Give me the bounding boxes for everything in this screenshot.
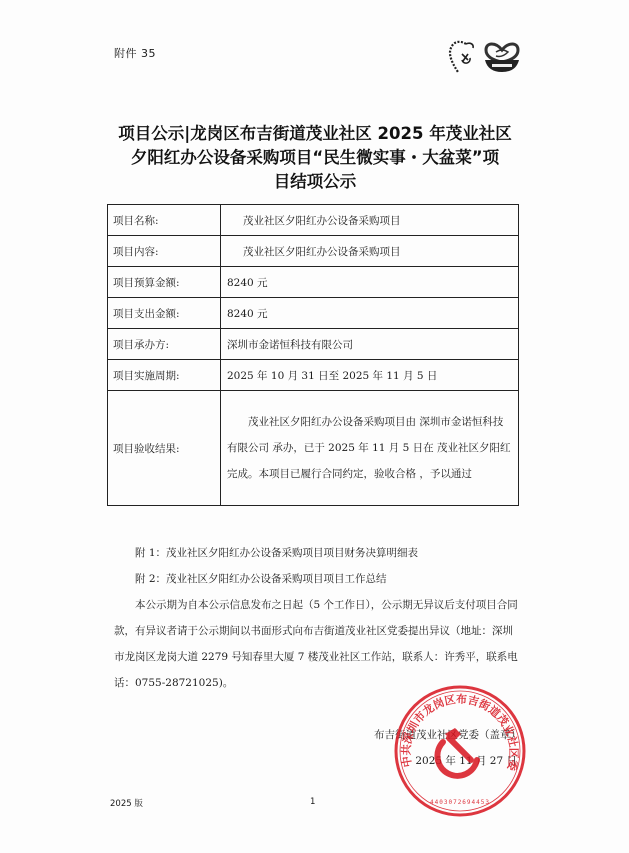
row-label-expenditure: 项目支出金额: [108,298,221,329]
row-value-expenditure: 8240 元 [221,298,519,329]
table-row: 项目名称: 茂业社区夕阳红办公设备采购项目 [108,205,519,236]
row-label-project-content: 项目内容: [108,236,221,267]
table-row: 项目支出金额: 8240 元 [108,298,519,329]
row-label-period: 项目实施周期: [108,360,221,391]
row-label-budget: 项目预算金额: [108,267,221,298]
notice-paragraph: 本公示期为自本公示信息发布之日起（5 个工作日），公示期无异议后支付项目合同款，… [114,592,519,696]
row-label-contractor: 项目承办方: [108,329,221,360]
table-row: 项目验收结果: 茂业社区夕阳红办公设备采购项目由 深圳市金诺恒科技有限公司 承办… [108,391,519,506]
row-value-budget: 8240 元 [221,267,519,298]
row-value-period: 2025 年 10 月 31 日至 2025 年 11 月 5 日 [221,360,519,391]
table-row: 项目内容: 茂业社区夕阳红办公设备采购项目 [108,236,519,267]
svg-text:4403072694453: 4403072694453 [430,799,490,806]
attachment-1: 附 1：茂业社区夕阳红办公设备采购项目项目财务决算明细表 [114,540,519,566]
signature-org: 布吉街道茂业社区党委（盖章） [374,722,521,748]
page-title: 项目公示|龙岗区布吉街道茂业社区 2025 年茂业社区 夕阳红办公设备采购项目“… [100,122,530,194]
community-bowl-logo-icon [482,40,522,76]
row-value-acceptance: 茂业社区夕阳红办公设备采购项目由 深圳市金诺恒科技有限公司 承办，已于 2025… [221,391,519,506]
title-line-1: 项目公示|龙岗区布吉街道茂业社区 2025 年茂业社区 [100,122,530,146]
row-label-acceptance: 项目验收结果: [108,391,221,506]
title-line-2: 夕阳红办公设备采购项目“民生微实事・大盆菜”项 [100,146,530,170]
attachment-2: 附 2：茂业社区夕阳红办公设备采购项目项目工作总结 [114,566,519,592]
table-row: 项目承办方: 深圳市金诺恒科技有限公司 [108,329,519,360]
row-value-contractor: 深圳市金诺恒科技有限公司 [221,329,519,360]
page-number: 1 [310,797,315,807]
attachment-number: 附件 35 [114,45,156,61]
edition-label: 2025 版 [110,797,143,809]
project-info-table: 项目名称: 茂业社区夕阳红办公设备采购项目 项目内容: 茂业社区夕阳红办公设备采… [107,204,519,506]
document-page: 附件 35 项目公示|龙岗区布吉街道茂业社区 2025 年茂业社区 夕阳红办公设… [0,0,629,853]
table-row: 项目预算金额: 8240 元 [108,267,519,298]
notice-body: 附 1：茂业社区夕阳红办公设备采购项目项目财务决算明细表 附 2：茂业社区夕阳红… [114,540,519,696]
row-value-project-name: 茂业社区夕阳红办公设备采购项目 [221,205,519,236]
table-row: 项目实施周期: 2025 年 10 月 31 日至 2025 年 11 月 5 … [108,360,519,391]
row-label-project-name: 项目名称: [108,205,221,236]
signature-date: 2025 年 11 月 27 日 [374,748,521,774]
title-line-3: 目结项公示 [100,170,530,194]
row-value-project-content: 茂业社区夕阳红办公设备采购项目 [221,236,519,267]
signature-block: 布吉街道茂业社区党委（盖章） 2025 年 11 月 27 日 [374,722,521,774]
